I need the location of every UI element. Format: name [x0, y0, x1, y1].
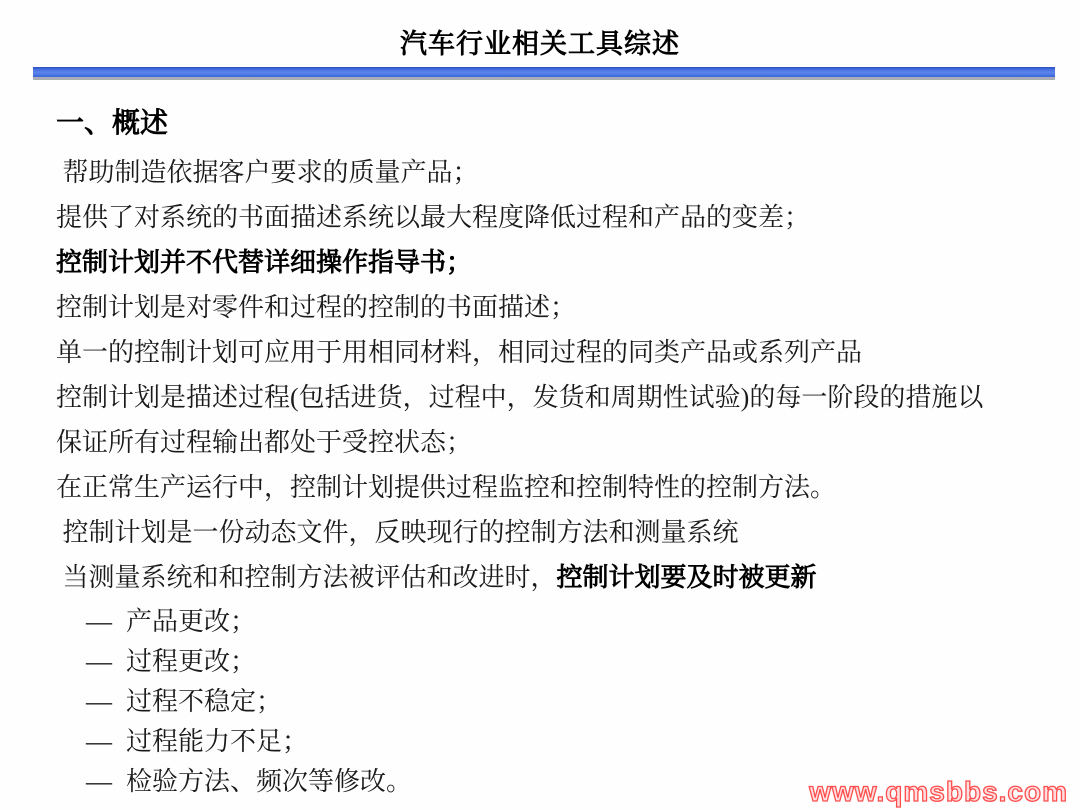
paragraph-line: 控制计划是描述过程(包括进货，过程中，发货和周期性试验)的每一阶段的措施以	[56, 375, 1052, 420]
paragraph-line: 帮助制造依据客户要求的质量产品；	[56, 150, 1052, 195]
dash-bullet: —	[86, 687, 112, 716]
list-item: —产品更改；	[56, 602, 1052, 642]
text-segment: 控制计划是对零件和过程的控制的书面描述；	[56, 293, 576, 322]
list-item-label: 过程不稳定；	[126, 687, 282, 716]
text-segment: 控制计划要及时被更新	[557, 563, 817, 592]
paragraph-block: 帮助制造依据客户要求的质量产品；提供了对系统的书面描述系统以最大程度降低过程和产…	[56, 150, 1052, 600]
text-segment: 在正常生产运行中，控制计划提供过程监控和控制特性的控制方法。	[56, 473, 836, 502]
section-heading: 一、概述	[56, 104, 1052, 144]
text-segment: 控制计划并不代替详细操作指导书；	[56, 248, 472, 277]
text-segment: 帮助制造依据客户要求的质量产品；	[56, 158, 479, 187]
dash-bullet: —	[86, 607, 112, 636]
body-content: 一、概述 帮助制造依据客户要求的质量产品；提供了对系统的书面描述系统以最大程度降…	[56, 104, 1052, 802]
list-item-label: 过程能力不足；	[126, 727, 308, 756]
paragraph-line: 单一的控制计划可应用于用相同材料，相同过程的同类产品或系列产品	[56, 330, 1052, 375]
dash-bullet: —	[86, 647, 112, 676]
list-item-label: 产品更改；	[126, 607, 256, 636]
dash-bullet: —	[86, 727, 112, 756]
text-segment: 当测量系统和和控制方法被评估和改进时，	[56, 563, 557, 592]
paragraph-line: 提供了对系统的书面描述系统以最大程度降低过程和产品的变差；	[56, 195, 1052, 240]
paragraph-line: 当测量系统和和控制方法被评估和改进时，控制计划要及时被更新	[56, 555, 1052, 600]
list-item: —过程能力不足；	[56, 722, 1052, 762]
list-item: —过程更改；	[56, 642, 1052, 682]
watermark: www.qmsbbs.com	[809, 776, 1068, 808]
text-segment: 控制计划是描述过程(包括进货，过程中，发货和周期性试验)的每一阶段的措施以	[56, 383, 983, 412]
paragraph-line: 控制计划并不代替详细操作指导书；	[56, 240, 1052, 285]
list-item: —过程不稳定；	[56, 682, 1052, 722]
list-item-label: 检验方法、频次等修改。	[126, 767, 412, 796]
text-segment: 单一的控制计划可应用于用相同材料，相同过程的同类产品或系列产品	[56, 338, 862, 367]
divider-bar	[33, 67, 1055, 80]
text-segment: 保证所有过程输出都处于受控状态；	[56, 428, 472, 457]
paragraph-line: 保证所有过程输出都处于受控状态；	[56, 420, 1052, 465]
text-segment: 控制计划是一份动态文件，反映现行的控制方法和测量系统	[56, 518, 739, 547]
paragraph-line: 控制计划是一份动态文件，反映现行的控制方法和测量系统	[56, 510, 1052, 555]
dash-bullet: —	[86, 767, 112, 796]
text-segment: 提供了对系统的书面描述系统以最大程度降低过程和产品的变差；	[56, 203, 810, 232]
paragraph-line: 在正常生产运行中，控制计划提供过程监控和控制特性的控制方法。	[56, 465, 1052, 510]
paragraph-line: 控制计划是对零件和过程的控制的书面描述；	[56, 285, 1052, 330]
list-item-label: 过程更改；	[126, 647, 256, 676]
slide: 汽车行业相关工具综述 一、概述 帮助制造依据客户要求的质量产品；提供了对系统的书…	[0, 0, 1080, 810]
bullet-list: —产品更改；—过程更改；—过程不稳定；—过程能力不足；—检验方法、频次等修改。	[56, 602, 1052, 802]
page-title: 汽车行业相关工具综述	[0, 0, 1080, 61]
